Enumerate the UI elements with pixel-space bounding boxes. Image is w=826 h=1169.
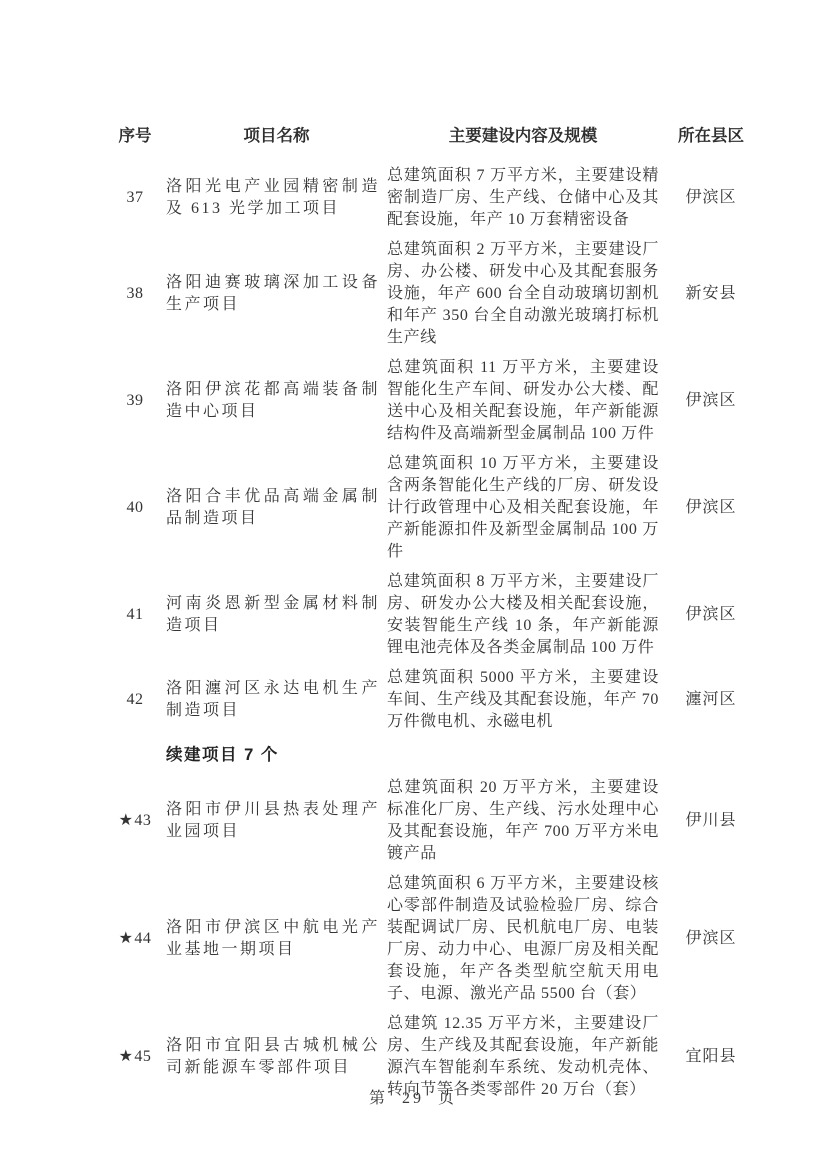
construction-content: 总建筑面积 10 万平方米，主要建设含两条智能化生产线的厂房、研发设计行政管理中… — [387, 449, 659, 567]
project-name: 洛阳市伊川县热表处理产业园项目 — [166, 773, 387, 869]
district-name: 伊滨区 — [659, 869, 753, 1009]
project-name: 洛阳市伊滨区中航电光产业基地一期项目 — [166, 869, 387, 1009]
project-row: 40洛阳合丰优品高端金属制品制造项目总建筑面积 10 万平方米，主要建设含两条智… — [104, 449, 753, 567]
row-serial-number: ★44 — [104, 869, 166, 1009]
row-serial-number: 37 — [104, 161, 166, 235]
document-page: 序号 项目名称 主要建设内容及规模 所在县区 37洛阳光电产业园精密制造及 61… — [0, 0, 826, 1169]
project-row: 42洛阳瀍河区永达电机生产制造项目总建筑面积 5000 平方米，主要建设车间、生… — [104, 663, 753, 737]
project-row: 38洛阳迪赛玻璃深加工设备生产项目总建筑面积 2 万平方米，主要建设厂房、办公楼… — [104, 235, 753, 353]
district-name: 伊滨区 — [659, 353, 753, 449]
project-row: 37洛阳光电产业园精密制造及 613 光学加工项目总建筑面积 7 万平方米，主要… — [104, 161, 753, 235]
district-name: 伊滨区 — [659, 161, 753, 235]
page-number: 第 29 页 — [0, 1085, 826, 1108]
district-name: 伊滨区 — [659, 567, 753, 663]
construction-content: 总建筑面积 7 万平方米，主要建设精密制造厂房、生产线、仓储中心及其配套设施，年… — [387, 161, 659, 235]
projects-table: 序号 项目名称 主要建设内容及规模 所在县区 37洛阳光电产业园精密制造及 61… — [104, 125, 753, 1105]
header-construction-content: 主要建设内容及规模 — [387, 125, 659, 161]
star-icon: ★ — [119, 928, 134, 950]
header-serial-number: 序号 — [104, 125, 166, 161]
header-project-name: 项目名称 — [166, 125, 387, 161]
construction-content: 总建筑面积 5000 平方米，主要建设车间、生产线及其配套设施，年产 70 万件… — [387, 663, 659, 737]
row-serial-number: 40 — [104, 449, 166, 567]
construction-content: 总建筑面积 2 万平方米，主要建设厂房、办公楼、研发中心及其配套服务设施，年产 … — [387, 235, 659, 353]
section-heading: 续建项目 7 个 — [104, 737, 753, 773]
construction-content: 总建筑面积 20 万平方米，主要建设标准化厂房、生产线、污水处理中心及其配套设施… — [387, 773, 659, 869]
row-serial-number: 41 — [104, 567, 166, 663]
star-icon: ★ — [119, 810, 134, 832]
row-serial-number: 38 — [104, 235, 166, 353]
project-name: 河南炎恩新型金属材料制造项目 — [166, 567, 387, 663]
row-serial-number: 39 — [104, 353, 166, 449]
district-name: 新安县 — [659, 235, 753, 353]
district-name: 瀍河区 — [659, 663, 753, 737]
construction-content: 总建筑面积 11 万平方米，主要建设智能化生产车间、研发办公大楼、配送中心及相关… — [387, 353, 659, 449]
row-serial-number: 42 — [104, 663, 166, 737]
district-name: 伊滨区 — [659, 449, 753, 567]
project-row: 39洛阳伊滨花都高端装备制造中心项目总建筑面积 11 万平方米，主要建设智能化生… — [104, 353, 753, 449]
construction-content: 总建筑面积 6 万平方米，主要建设核心零部件制造及试验检验厂房、综合装配调试厂房… — [387, 869, 659, 1009]
construction-content: 总建筑面积 8 万平方米，主要建设厂房、研发办公大楼及相关配套设施，安装智能生产… — [387, 567, 659, 663]
project-row: ★43洛阳市伊川县热表处理产业园项目总建筑面积 20 万平方米，主要建设标准化厂… — [104, 773, 753, 869]
project-row: ★44洛阳市伊滨区中航电光产业基地一期项目总建筑面积 6 万平方米，主要建设核心… — [104, 869, 753, 1009]
table-header-row: 序号 项目名称 主要建设内容及规模 所在县区 — [104, 125, 753, 161]
district-name: 伊川县 — [659, 773, 753, 869]
project-row: 41河南炎恩新型金属材料制造项目总建筑面积 8 万平方米，主要建设厂房、研发办公… — [104, 567, 753, 663]
project-name: 洛阳合丰优品高端金属制品制造项目 — [166, 449, 387, 567]
project-name: 洛阳瀍河区永达电机生产制造项目 — [166, 663, 387, 737]
star-icon: ★ — [119, 1046, 134, 1068]
project-name: 洛阳迪赛玻璃深加工设备生产项目 — [166, 235, 387, 353]
project-name: 洛阳光电产业园精密制造及 613 光学加工项目 — [166, 161, 387, 235]
section-row: 续建项目 7 个 — [104, 737, 753, 773]
row-serial-number: ★43 — [104, 773, 166, 869]
project-name: 洛阳伊滨花都高端装备制造中心项目 — [166, 353, 387, 449]
header-district: 所在县区 — [659, 125, 753, 161]
